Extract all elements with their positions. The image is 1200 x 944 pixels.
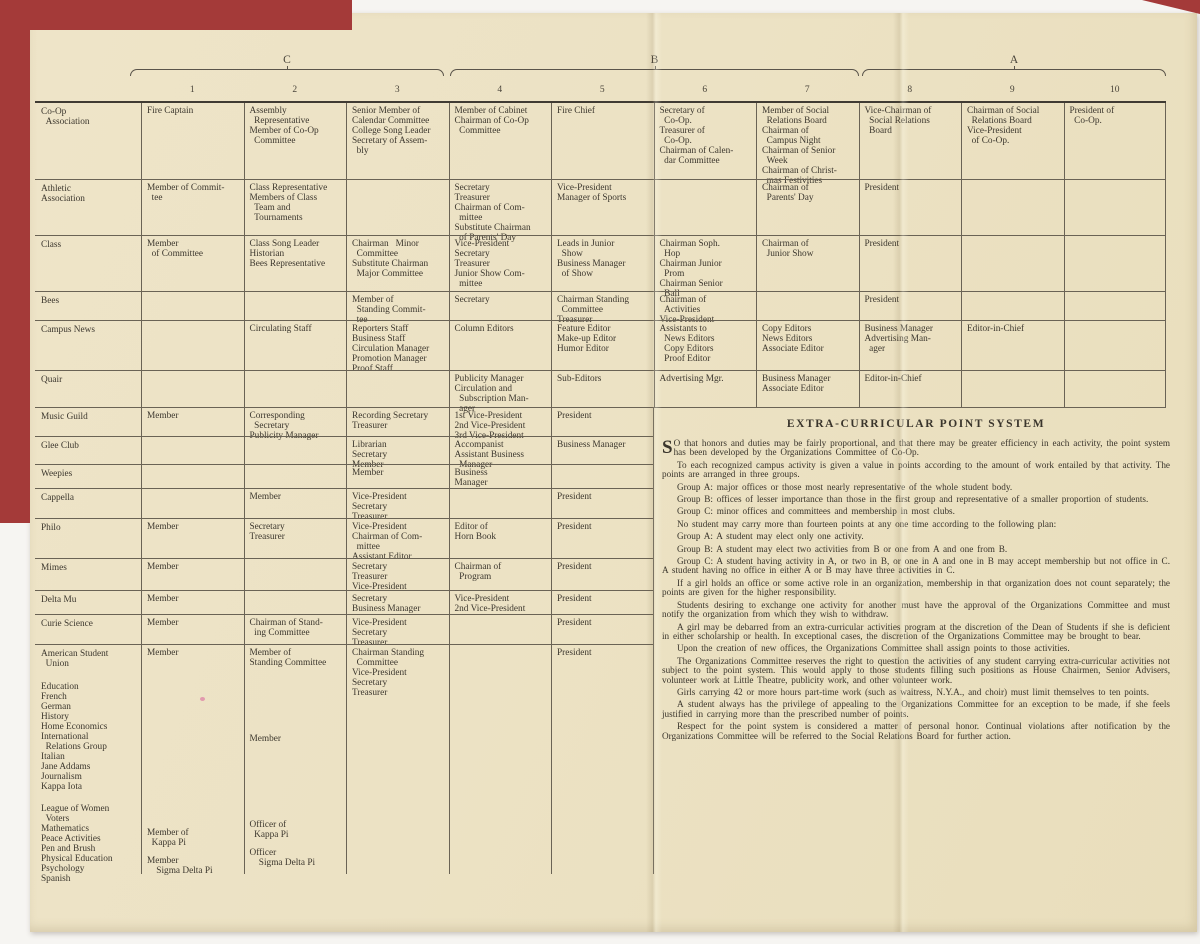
cell-text: Business Manager (557, 440, 651, 450)
cell-text: Officer Sigma Delta Pi (250, 848, 345, 868)
table-cell: Vice-President Manager of Sports (551, 179, 654, 235)
column-number: 7 (756, 85, 859, 95)
row-label: Music Guild (35, 408, 141, 436)
group-brace-a (862, 69, 1166, 76)
cell-text: Reporters Staff Business Staff Circulati… (352, 324, 447, 374)
table-cell (141, 488, 244, 518)
table-cell: Member of Standing CommitteeMemberOffice… (244, 644, 347, 874)
table-cell: Reporters Staff Business Staff Circulati… (346, 320, 449, 370)
cell-text: Member (352, 468, 447, 478)
cell-text: Secretary Treasurer (250, 522, 345, 542)
table-cell: Fire Chief (551, 103, 654, 179)
group-label-c: C (130, 54, 444, 66)
table-cell: Advertising Mgr. (654, 370, 757, 408)
table-cell: Business Manager Associate Editor (756, 370, 859, 408)
cell-text: Column Editors (455, 324, 550, 334)
article-paragraph: To each recognized campus activity is gi… (662, 461, 1170, 480)
table-cell (961, 235, 1064, 291)
table-cell (244, 590, 347, 614)
table-cell: Member of Cabinet Chairman of Co-Op Comm… (449, 103, 552, 179)
cell-text: Vice-President 2nd Vice-President (455, 594, 550, 614)
table-cell: Chairman of Activities Vice-President (654, 291, 757, 320)
table-cell (449, 488, 552, 518)
table-cell: Member (141, 614, 244, 644)
article-paragraph: Group B: A student may elect two activit… (662, 545, 1170, 554)
table-cell: Vice-President 2nd Vice-President (449, 590, 552, 614)
table-cell: President (551, 614, 654, 644)
cell-text: Philo (41, 523, 139, 533)
row-label: Campus News (35, 320, 141, 370)
column-number: 10 (1064, 85, 1167, 95)
table-cell: 1st Vice-President 2nd Vice-President 3r… (449, 408, 552, 436)
cell-text: Chairman of Social Relations Board Vice-… (967, 106, 1062, 146)
table-cell: Member of Committee (141, 235, 244, 291)
row-label: Bees (35, 291, 141, 320)
table-cell: President (859, 235, 962, 291)
table-cell (244, 464, 347, 488)
cell-text: Editor-in-Chief (865, 374, 960, 384)
table-cell: President (551, 408, 654, 436)
cell-text: President (865, 295, 960, 305)
column-number: 8 (859, 85, 962, 95)
table-cell: Editor-in-Chief (859, 370, 962, 408)
column-number: 4 (449, 85, 552, 95)
cell-text: President (865, 183, 960, 193)
table-cell (141, 464, 244, 488)
cell-text: Circulating Staff (250, 324, 345, 334)
cell-text: Athletic Association (41, 184, 139, 204)
cell-text: Member (147, 594, 242, 604)
group-b: B (450, 54, 859, 76)
table-cell: Assembly Representative Member of Co-Op … (244, 103, 347, 179)
cell-text: Vice-President Chairman of Com- mittee A… (352, 522, 447, 562)
table-cell: Assistants to News Editors Copy Editors … (654, 320, 757, 370)
table-cell: Secretary Treasurer (244, 518, 347, 558)
row-label: Athletic Association (35, 179, 141, 235)
row-label: Delta Mu (35, 590, 141, 614)
table-cell: Member (141, 518, 244, 558)
cell-text: Music Guild (41, 412, 139, 422)
cell-text: Secretary Business Manager (352, 594, 447, 614)
cell-text: Chairman Standing Committee Vice-Preside… (352, 648, 447, 698)
column-number: 3 (346, 85, 449, 95)
cell-text: Secretary Treasurer Vice-President (352, 562, 447, 592)
cell-text: Leads in Junior Show Business Manager of… (557, 239, 652, 279)
cell-text: Member (147, 648, 242, 658)
cell-text: Editor-in-Chief (967, 324, 1062, 334)
cell-text: Campus News (41, 325, 139, 335)
cell-text: Class (41, 240, 139, 250)
table-cell: Sub-Editors (551, 370, 654, 408)
table-cell (1064, 370, 1167, 408)
table-cell: President (551, 518, 654, 558)
table-cell: Chairman Standing Committee Vice-Preside… (346, 644, 449, 874)
row-label: Class (35, 235, 141, 291)
column-number: 2 (244, 85, 347, 95)
article-paragraph: The Organizations Committee reserves the… (662, 657, 1170, 685)
table-cell: Business Manager (449, 464, 552, 488)
article-paragraph: Students desiring to exchange one activi… (662, 601, 1170, 620)
cell-text: Chairman of Stand- ing Committee (250, 618, 345, 638)
table-cell (756, 291, 859, 320)
article-paragraph: A girl may be debarred from an extra-cur… (662, 623, 1170, 642)
cell-text: President (557, 562, 651, 572)
cell-text: Class Song Leader Historian Bees Represe… (250, 239, 345, 269)
table-cell: Chairman Standing Committee Treasurer (551, 291, 654, 320)
cell-text: Member of Commit- tee (147, 183, 242, 203)
cell-text: President (557, 594, 651, 604)
cell-text: American Student Union (41, 649, 139, 669)
table-cell: Fire Captain (141, 103, 244, 179)
article-paragraph: Group A: major offices or those most nea… (662, 483, 1170, 492)
cell-text: Curie Science (41, 619, 139, 629)
table-cell (346, 179, 449, 235)
table-cell: Member (244, 488, 347, 518)
table-cell (244, 436, 347, 464)
group-brace-b (450, 69, 859, 76)
table-cell: Business Manager (551, 436, 654, 464)
article-paragraph: No student may carry more than fourteen … (662, 520, 1170, 529)
table-cell: Chairman of Parents' Day (756, 179, 859, 235)
table-cell: Member of Commit- tee (141, 179, 244, 235)
drop-cap: S (662, 440, 673, 455)
cell-text: Member (147, 562, 242, 572)
cell-text: Secretary of Co-Op. Treasurer of Co-Op. … (660, 106, 755, 166)
table-cell: Secretary (449, 291, 552, 320)
row-label: Weepies (35, 464, 141, 488)
row-label: American Student UnionEducation French G… (35, 644, 141, 874)
cell-text: Assembly Representative Member of Co-Op … (250, 106, 345, 146)
table-cell: Member of Social Relations Board Chairma… (756, 103, 859, 179)
cell-text: Secretary Treasurer Chairman of Com- mit… (455, 183, 550, 243)
article-paragraph: Group C: minor offices and committees an… (662, 507, 1170, 516)
cell-text: League of Women Voters Mathematics Peace… (41, 804, 139, 884)
column-number: 5 (551, 85, 654, 95)
table-cell: President (551, 644, 654, 874)
cell-text: Business Manager Associate Editor (762, 374, 857, 394)
row-label: Glee Club (35, 436, 141, 464)
table-cell: Member of Standing Commit- tee (346, 291, 449, 320)
article-paragraph: Respect for the point system is consider… (662, 722, 1170, 741)
cell-text: Weepies (41, 469, 139, 479)
cell-text: Member (147, 522, 242, 532)
table-cell (1064, 291, 1167, 320)
cell-text: Glee Club (41, 441, 139, 451)
table-cell (141, 436, 244, 464)
table-cell: MemberMember of Kappa PiMember Sigma Del… (141, 644, 244, 874)
cell-text: Fire Captain (147, 106, 242, 116)
row-label: Co-Op Association (35, 103, 141, 179)
table-cell: Librarian Secretary Member (346, 436, 449, 464)
table-cell: President (551, 558, 654, 590)
row-label: Quair (35, 370, 141, 408)
article-paragraph: Upon the creation of new offices, the Or… (662, 644, 1170, 653)
cell-text: President (557, 411, 651, 421)
cell-text: President of Co-Op. (1070, 106, 1164, 126)
group-brace-c (130, 69, 444, 76)
cell-text: Sub-Editors (557, 374, 652, 384)
table-cell: Member (141, 408, 244, 436)
table-cell: Chairman Minor Committee Substitute Chai… (346, 235, 449, 291)
table-cell: Copy Editors News Editors Associate Edit… (756, 320, 859, 370)
table-cell: Editor-in-Chief (961, 320, 1064, 370)
cell-text: Copy Editors News Editors Associate Edit… (762, 324, 857, 354)
table-cell: Secretary Business Manager (346, 590, 449, 614)
table-cell (244, 370, 347, 408)
table-cell: Chairman of Junior Show (756, 235, 859, 291)
table-cell: Vice-President Chairman of Com- mittee A… (346, 518, 449, 558)
table-cell: Chairman of Program (449, 558, 552, 590)
table-cell: Chairman of Social Relations Board Vice-… (961, 103, 1064, 179)
table-cell: Member (141, 590, 244, 614)
table-cell: Column Editors (449, 320, 552, 370)
group-c: C (130, 54, 444, 76)
article-title: EXTRA-CURRICULAR POINT SYSTEM (662, 418, 1170, 430)
cell-text: Advertising Mgr. (660, 374, 755, 384)
table-cell: Circulating Staff (244, 320, 347, 370)
table-cell: Vice-President Secretary Treasurer (346, 488, 449, 518)
article-paragraph: Girls carrying 42 or more hours part-tim… (662, 688, 1170, 697)
table-cell: Chairman Soph. Hop Chairman Junior Prom … (654, 235, 757, 291)
table-cell: Secretary Treasurer Vice-President (346, 558, 449, 590)
table-cell: Vice-Chairman of Social Relations Board (859, 103, 962, 179)
red-backdrop-corner (1142, 0, 1200, 14)
article-paragraph: Group C: A student having activity in A,… (662, 557, 1170, 576)
cell-text: Member of Cabinet Chairman of Co-Op Comm… (455, 106, 550, 136)
table-cell: President (859, 179, 962, 235)
table-cell (244, 558, 347, 590)
table-cell (961, 179, 1064, 235)
table-cell (141, 291, 244, 320)
cell-text: President (865, 239, 960, 249)
cell-text: Secretary (455, 295, 550, 305)
table-cell: President of Co-Op. (1064, 103, 1167, 179)
cell-text: President (557, 522, 651, 532)
row-label: Mimes (35, 558, 141, 590)
cell-text: Chairman Soph. Hop Chairman Junior Prom … (660, 239, 755, 299)
row-label: Curie Science (35, 614, 141, 644)
cell-text: President (557, 648, 651, 658)
cell-text: Mimes (41, 563, 139, 573)
cell-text: Delta Mu (41, 595, 139, 605)
table-cell (961, 291, 1064, 320)
cell-text: Business Manager Advertising Man- ager (865, 324, 960, 354)
cell-text: President (557, 618, 651, 628)
table-cell: President (551, 488, 654, 518)
cell-text: President (557, 492, 651, 502)
cell-text: Quair (41, 375, 139, 385)
cell-text: Member of Social Relations Board Chairma… (762, 106, 857, 186)
table-cell: Publicity Manager Circulation and Subscr… (449, 370, 552, 408)
table-cell: Class Song Leader Historian Bees Represe… (244, 235, 347, 291)
article-paragraph: Group B: offices of lesser importance th… (662, 495, 1170, 504)
article-paragraph: SO that honors and duties may be fairly … (662, 439, 1170, 458)
pink-speck (200, 697, 205, 701)
cell-text: Bees (41, 296, 139, 306)
cell-text: Vice-Chairman of Social Relations Board (865, 106, 960, 136)
cell-text: Member Sigma Delta Pi (147, 856, 242, 876)
cell-text: Business Manager (455, 468, 550, 488)
table-cell (1064, 179, 1167, 235)
table-cell (141, 370, 244, 408)
cell-text: Member (250, 734, 345, 744)
article-paragraph: If a girl holds an office or some active… (662, 579, 1170, 598)
cell-text: Member (147, 411, 242, 421)
cell-text: Vice-President Secretary Treasurer Junio… (455, 239, 550, 289)
column-number: 1 (141, 85, 244, 95)
table-cell: Chairman of Stand- ing Committee (244, 614, 347, 644)
cell-text: Cappella (41, 493, 139, 503)
group-label-b: B (450, 54, 859, 66)
row-label: Philo (35, 518, 141, 558)
table-cell (244, 291, 347, 320)
cell-text: Class Representative Members of Class Te… (250, 183, 345, 223)
table-cell: Vice-President Secretary Treasurer Junio… (449, 235, 552, 291)
cell-text: Officer of Kappa Pi (250, 820, 345, 840)
cell-text: Member of Kappa Pi (147, 828, 242, 848)
table-cell: Accompanist Assistant Business Manager (449, 436, 552, 464)
table-cell: Leads in Junior Show Business Manager of… (551, 235, 654, 291)
table-cell: Vice-President Secretary Treasurer (346, 614, 449, 644)
table-cell (961, 370, 1064, 408)
table-cell: Member (141, 558, 244, 590)
cell-text: Education French German History Home Eco… (41, 682, 139, 792)
article: EXTRA-CURRICULAR POINT SYSTEM SO that ho… (662, 418, 1170, 744)
cell-text: Co-Op Association (41, 107, 139, 127)
table-cell (551, 464, 654, 488)
cell-text: Senior Member of Calendar Committee Coll… (352, 106, 447, 156)
table-cell: Secretary Treasurer Chairman of Com- mit… (449, 179, 552, 235)
group-label-a: A (862, 54, 1166, 66)
table-cell: Corresponding Secretary Publicity Manage… (244, 408, 347, 436)
table-cell: Senior Member of Calendar Committee Coll… (346, 103, 449, 179)
cell-text: Assistants to News Editors Copy Editors … (660, 324, 755, 364)
cell-text: Chairman of Program (455, 562, 550, 582)
cell-text: Chairman of Parents' Day (762, 183, 857, 203)
table-cell: Business Manager Advertising Man- ager (859, 320, 962, 370)
table-cell: President (859, 291, 962, 320)
column-number: 9 (961, 85, 1064, 95)
cell-text: Feature Editor Make-up Editor Humor Edit… (557, 324, 652, 354)
article-paragraphs: SO that honors and duties may be fairly … (662, 439, 1170, 741)
scanned-document-page: C B A 12345678910 Co-Op AssociationFire … (0, 0, 1200, 944)
table-cell: Recording Secretary Treasurer (346, 408, 449, 436)
table-cell (449, 644, 552, 874)
table-cell (1064, 320, 1167, 370)
table-cell: President (551, 590, 654, 614)
cell-text: Member (147, 618, 242, 628)
cell-text: Recording Secretary Treasurer (352, 411, 447, 431)
column-numbers: 12345678910 (141, 85, 1166, 95)
cell-text: Vice-President Manager of Sports (557, 183, 652, 203)
cell-text: Fire Chief (557, 106, 652, 116)
table-cell (449, 614, 552, 644)
article-paragraph: Group A: A student may elect only one ac… (662, 532, 1170, 541)
cell-text: Chairman of Junior Show (762, 239, 857, 259)
cell-text: Chairman Minor Committee Substitute Chai… (352, 239, 447, 279)
article-paragraph: A student always has the privilege of ap… (662, 700, 1170, 719)
table-cell: Secretary of Co-Op. Treasurer of Co-Op. … (654, 103, 757, 179)
table-cell (654, 179, 757, 235)
table-cell (1064, 235, 1167, 291)
column-number: 6 (654, 85, 757, 95)
table-cell: Member (346, 464, 449, 488)
table-cell (346, 370, 449, 408)
cell-text: Member of Committee (147, 239, 242, 259)
table-cell: Editor of Horn Book (449, 518, 552, 558)
group-a: A (862, 54, 1166, 76)
table-cell (141, 320, 244, 370)
table-cell: Class Representative Members of Class Te… (244, 179, 347, 235)
row-label: Cappella (35, 488, 141, 518)
cell-text: Editor of Horn Book (455, 522, 550, 542)
table-cell: Feature Editor Make-up Editor Humor Edit… (551, 320, 654, 370)
cell-text: Member (250, 492, 345, 502)
cell-text: Member of Standing Committee (250, 648, 345, 668)
